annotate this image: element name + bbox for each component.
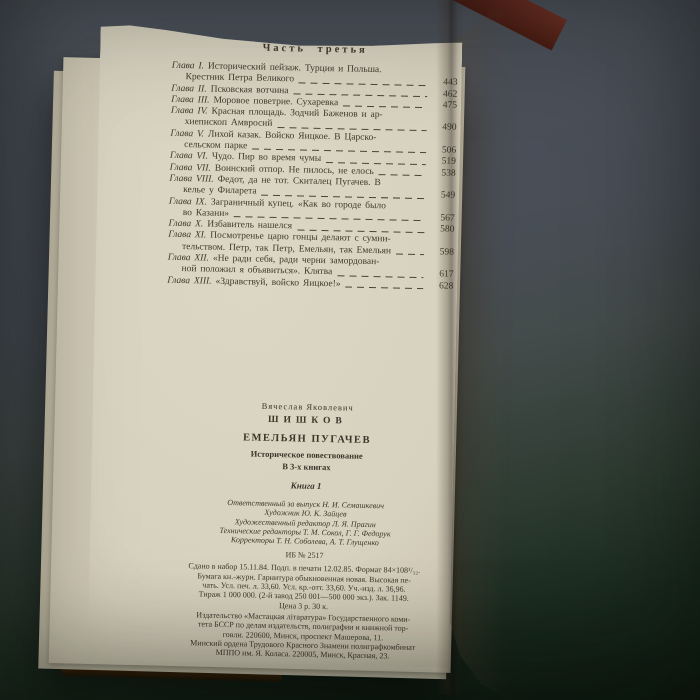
dash-leader — [396, 246, 424, 258]
chapter-label: Глава VI. — [170, 151, 208, 163]
table-of-contents: Глава I.Исторический пейзаж. Турция и По… — [167, 61, 458, 293]
publisher-block: Издательство «Мастацкая літаратура» Госу… — [145, 610, 460, 663]
chapter-title: «Здравствуй, войско Яицкое!» — [215, 276, 340, 290]
credits-block: Ответственный за выпуск Н. И. Семашкевич… — [148, 496, 463, 549]
chapter-label: Глава I. — [172, 61, 204, 73]
book-number: Книга 1 — [163, 478, 449, 494]
chapter-label: Глава XI. — [168, 230, 206, 242]
book-title: ЕМЕЛЬЯН ПУГАЧЕВ — [164, 431, 450, 448]
imprint-block: Сдано в набор 15.11.84. Подп. в печати 1… — [147, 561, 462, 604]
chapter-label: Глава VII. — [170, 162, 211, 174]
chapter-label: Глава IX. — [169, 196, 207, 208]
chapter-title-cont: во Казани» — [183, 208, 230, 220]
chapter-label: Глава X. — [168, 219, 203, 231]
chapter-label: Глава XII. — [168, 253, 209, 265]
dash-leader — [379, 167, 426, 179]
part-title: Часть третья — [172, 41, 458, 58]
book-right-page — [448, 0, 700, 700]
book-gutter-shadow — [436, 0, 464, 694]
author-surname: ШИШКОВ — [164, 413, 450, 429]
printed-page-content: Часть третья Глава I.Исторический пейзаж… — [159, 24, 458, 662]
colophon: Ответственный за выпуск Н. И. Семашкевич… — [145, 496, 462, 662]
chapter-label: Глава VIII. — [169, 174, 213, 186]
photo-of-open-book: Часть третья Глава I.Исторический пейзаж… — [0, 0, 700, 700]
book-left-page: Часть третья Глава I.Исторический пейзаж… — [87, 22, 462, 667]
chapter-label: Глава III. — [171, 95, 210, 107]
chapter-label: Глава XIII. — [167, 275, 211, 287]
chapter-label: Глава V. — [170, 129, 204, 141]
chapter-label: Глава II. — [171, 83, 207, 95]
author-first-names: Вячеслав Яковлевич — [165, 399, 451, 415]
dash-leader — [345, 279, 423, 292]
book-info-block: Вячеслав Яковлевич ШИШКОВ ЕМЕЛЬЯН ПУГАЧЕ… — [163, 399, 451, 494]
